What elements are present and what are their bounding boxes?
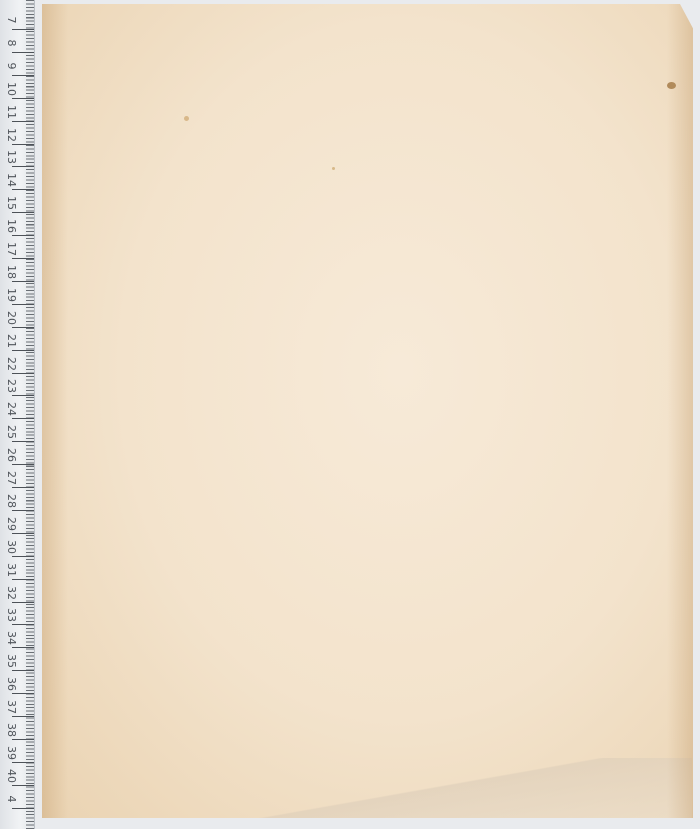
ruler-label: 19 xyxy=(5,285,17,305)
ruler-label: 39 xyxy=(5,743,17,763)
ruler-label: 18 xyxy=(5,262,17,282)
paper-fold-crease xyxy=(242,758,692,818)
ruler-label: 32 xyxy=(5,583,17,603)
ruler-major-tick xyxy=(12,258,34,259)
ruler-label: 29 xyxy=(5,514,17,534)
ruler-major-tick xyxy=(12,739,34,740)
ruler-label: 26 xyxy=(5,445,17,465)
ruler-label: 15 xyxy=(5,193,17,213)
ruler-major-tick xyxy=(12,624,34,625)
stain xyxy=(332,167,335,170)
ruler-major-tick xyxy=(12,464,34,465)
ruler-label: 24 xyxy=(5,399,17,419)
ruler-label: 9 xyxy=(5,56,17,76)
ruler-major-tick xyxy=(12,716,34,717)
ruler-major-tick xyxy=(12,670,34,671)
ruler-major-tick xyxy=(12,395,34,396)
ruler-major-tick xyxy=(12,808,34,809)
ruler-label: 33 xyxy=(5,605,17,625)
ruler-label: 8 xyxy=(5,33,17,53)
ruler-major-tick xyxy=(12,510,34,511)
ruler-label: 30 xyxy=(5,537,17,557)
ruler-label: 23 xyxy=(5,376,17,396)
ruler-ticks xyxy=(20,0,34,829)
ruler-major-tick xyxy=(12,144,34,145)
ruler-major-tick xyxy=(12,281,34,282)
ruler-major-tick xyxy=(12,693,34,694)
ruler-label: 17 xyxy=(5,239,17,259)
stain xyxy=(667,82,676,89)
ruler-label: 16 xyxy=(5,216,17,236)
ruler-label: 38 xyxy=(5,720,17,740)
measuring-ruler: 7891011121314151617181920212223242526272… xyxy=(0,0,35,829)
ruler-major-tick xyxy=(12,166,34,167)
ruler-major-tick xyxy=(12,533,34,534)
ruler-major-tick xyxy=(12,98,34,99)
ruler-major-tick xyxy=(12,304,34,305)
ruler-major-tick xyxy=(12,52,34,53)
ruler-major-tick xyxy=(12,487,34,488)
ruler-label: 22 xyxy=(5,354,17,374)
ruler-major-tick xyxy=(12,212,34,213)
ruler-major-tick xyxy=(12,579,34,580)
ruler-major-tick xyxy=(12,189,34,190)
ruler-major-tick xyxy=(12,785,34,786)
ruler-label: 14 xyxy=(5,170,17,190)
ruler-major-tick xyxy=(12,602,34,603)
ruler-major-tick xyxy=(12,556,34,557)
ruler-label: 10 xyxy=(5,79,17,99)
ruler-label: 35 xyxy=(5,651,17,671)
ruler-label: 12 xyxy=(5,125,17,145)
ruler-label: 36 xyxy=(5,674,17,694)
stain xyxy=(184,116,189,121)
ruler-major-tick xyxy=(12,29,34,30)
ruler-label: 25 xyxy=(5,422,17,442)
ruler-major-tick xyxy=(12,373,34,374)
ruler-label: 34 xyxy=(5,628,17,648)
ruler-major-tick xyxy=(12,418,34,419)
ruler-label: 37 xyxy=(5,697,17,717)
ruler-major-tick xyxy=(12,121,34,122)
ruler-label: 4 xyxy=(5,789,17,809)
ruler-major-tick xyxy=(12,762,34,763)
ruler-major-tick xyxy=(12,350,34,351)
ruler-label: 28 xyxy=(5,491,17,511)
ruler-label: 31 xyxy=(5,560,17,580)
ruler-label: 11 xyxy=(5,102,17,122)
ruler-major-tick xyxy=(12,647,34,648)
ruler-label: 27 xyxy=(5,468,17,488)
ruler-major-tick xyxy=(12,441,34,442)
ruler-major-tick xyxy=(12,235,34,236)
ruler-major-tick xyxy=(12,75,34,76)
ruler-label: 20 xyxy=(5,308,17,328)
ruler-major-tick xyxy=(12,327,34,328)
ruler-label: 7 xyxy=(5,10,17,30)
paper-page xyxy=(42,4,693,818)
ruler-label: 13 xyxy=(5,147,17,167)
ruler-label: 40 xyxy=(5,766,17,786)
ruler-label: 21 xyxy=(5,331,17,351)
